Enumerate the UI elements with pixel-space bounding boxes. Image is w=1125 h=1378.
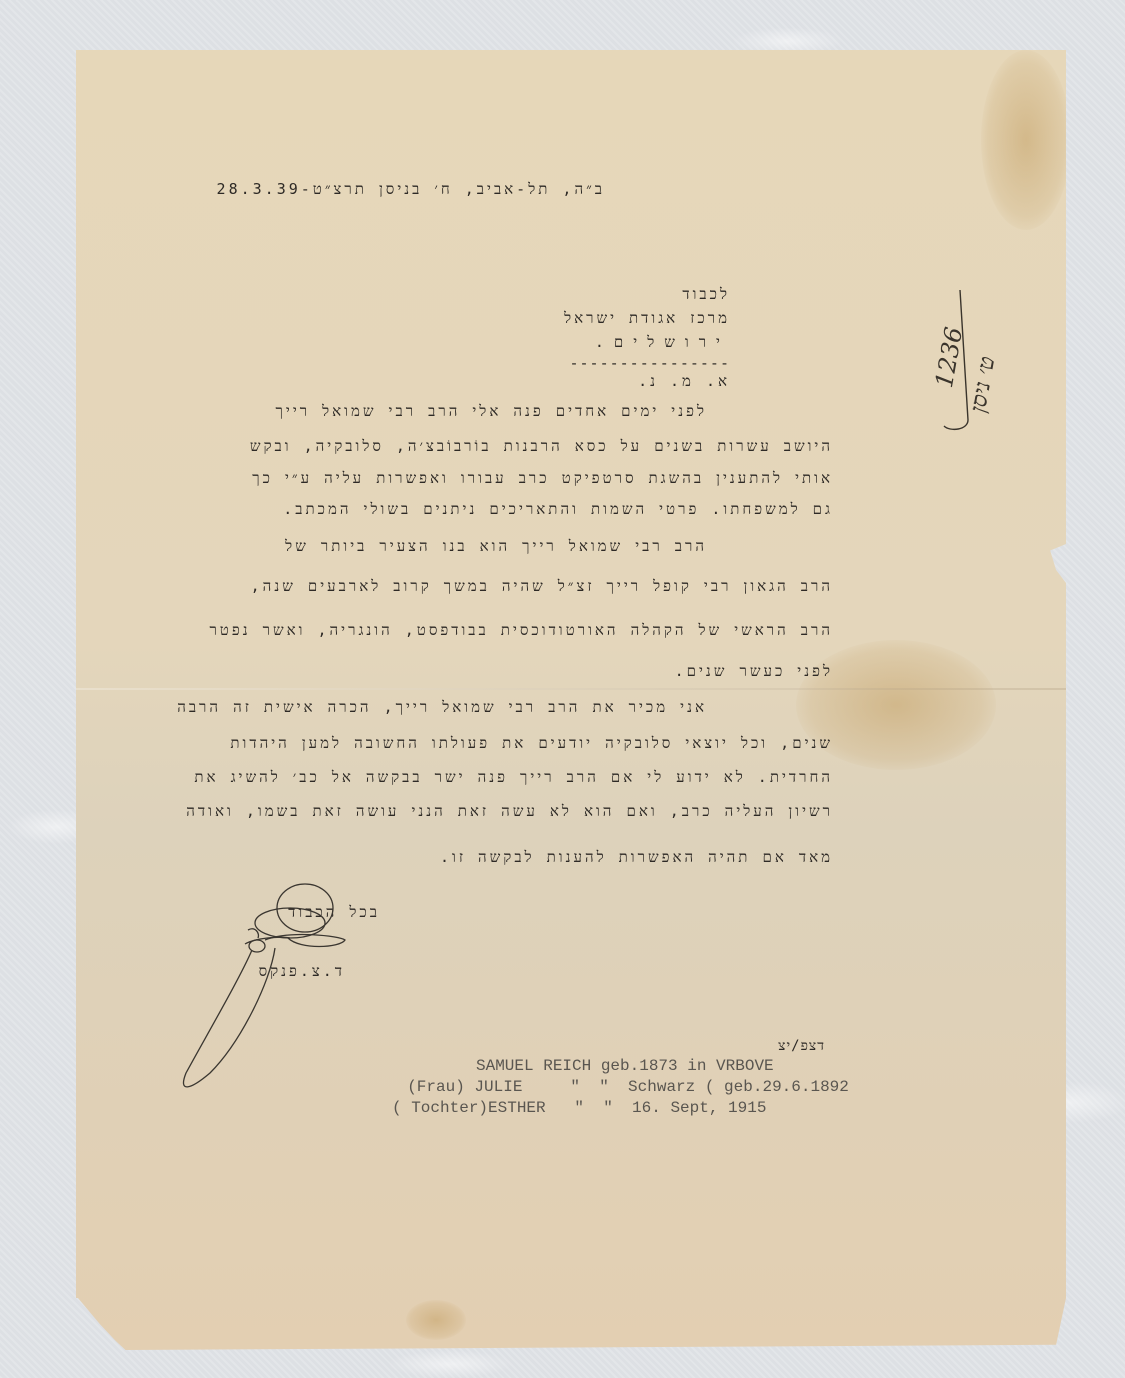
body-line-6: הרב הגאון רבי קופל רייך זצ״ל שהיה במשך ק… <box>251 577 833 596</box>
body-line-3: אותי להתענין בהשגת סרטפיקט כרב עבורו ואפ… <box>252 469 833 488</box>
body-line-11: החרדית. לא ידוע לי אם הרב רייך פנה ישר ב… <box>194 768 833 787</box>
body-line-5: הרב רבי שמואל רייך הוא בנו הצעיר ביותר ש… <box>285 537 707 556</box>
body-line-4: גם למשפחתו. פרטי השמות והתאריכים ניתנים … <box>283 500 833 519</box>
fold-crease <box>76 688 1066 690</box>
family-detail-line-1: SAMUEL REICH geb.1873 in VRBOVE <box>476 1057 774 1075</box>
addressee-line-3: ירושלים. <box>595 333 730 352</box>
body-line-10: שנים, וכל יוצאי סלובקיה יודעים את פעולתו… <box>230 734 833 753</box>
water-stain-top-right <box>981 50 1071 230</box>
handwritten-signature <box>170 878 370 1098</box>
handwritten-margin-line <box>940 290 970 440</box>
body-line-9: אני מכיר את הרב רבי שמואל רייך, הכרה איש… <box>177 698 707 717</box>
body-line-12: רשיון העליה כרב, ואם הוא לא עשה זאת הנני… <box>186 802 833 821</box>
addressee-line-2: מרכז אגודת ישראל <box>564 309 730 328</box>
body-line-13: מאד אם תהיה האפשרות להענות לבקשה זו. <box>440 848 833 867</box>
greeting: א. מ. נ. <box>638 372 730 391</box>
water-stain-bottom <box>406 1300 466 1340</box>
family-detail-line-3: ( Tochter)ESTHER " " 16. Sept, 1915 <box>392 1099 766 1117</box>
addressee-line-1: לכבוד <box>682 285 730 304</box>
body-line-7: הרב הראשי של הקהלה האורטודוכסית בבודפסט,… <box>209 621 833 640</box>
body-line-2: היושב עשרות בשנים על כסא הרבנות בוֹרבוֹב… <box>250 437 833 456</box>
family-detail-line-2: (Frau) JULIE " " Schwarz ( geb.29.6.1892 <box>388 1078 849 1096</box>
body-line-1: לפני ימים אחדים פנה אלי הרב רבי שמואל רי… <box>276 402 707 421</box>
body-line-8: לפני כעשר שנים. <box>675 662 833 681</box>
date-line: ב״ה, תל-אביב, ח׳ בניסן תרצ״ט-28.3.39 <box>217 180 605 199</box>
addressee-underline: ---------------- <box>570 354 731 372</box>
typist-initials: דצפ/יצ <box>778 1038 825 1055</box>
